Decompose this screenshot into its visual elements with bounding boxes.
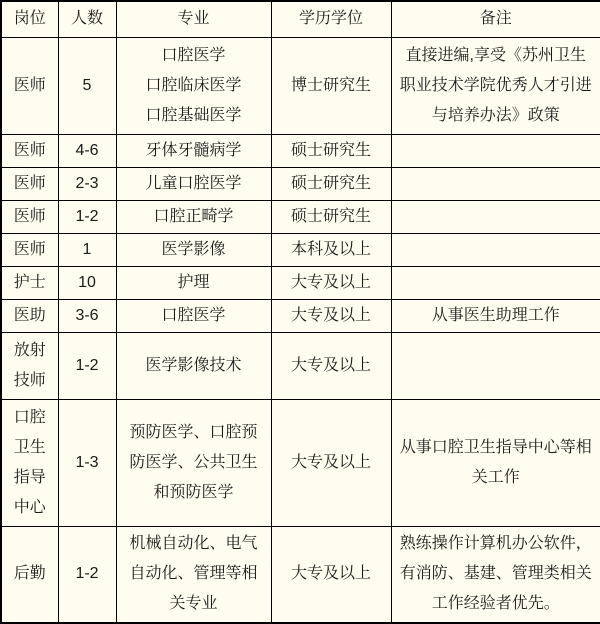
cell-position: 护士	[1, 266, 58, 299]
cell-note	[391, 167, 600, 200]
cell-position: 口腔 卫生 指导 中心	[1, 399, 58, 526]
cell-position: 医师	[1, 134, 58, 167]
cell-degree: 硕士研究生	[271, 134, 391, 167]
column-header-position: 岗位	[1, 1, 58, 37]
cell-degree: 大专及以上	[271, 266, 391, 299]
table-row: 医师 5 口腔医学 口腔临床医学 口腔基础医学 博士研究生 直接进编,享受《苏州…	[1, 37, 600, 134]
cell-note: 从事医生助理工作	[391, 299, 600, 332]
table-row: 后勤 1-2 机械自动化、电气 自动化、管理等相 关专业 大专及以上 熟练操作计…	[1, 526, 600, 623]
table-row: 医师 1 医学影像 本科及以上	[1, 233, 600, 266]
table-row: 医师 4-6 牙体牙髓病学 硕士研究生	[1, 134, 600, 167]
cell-degree: 大专及以上	[271, 526, 391, 623]
cell-major: 口腔医学	[116, 299, 271, 332]
cell-count: 1-2	[58, 526, 116, 623]
cell-major: 儿童口腔医学	[116, 167, 271, 200]
cell-note: 熟练操作计算机办公软件， 有消防、基建、管理类相关 工作经验者优先。	[391, 526, 600, 623]
cell-note	[391, 332, 600, 399]
cell-count: 1-2	[58, 200, 116, 233]
recruitment-table: 岗位 人数 专业 学历学位 备注 医师 5 口腔医学 口腔临床医学 口腔基础医学…	[0, 0, 600, 624]
cell-major: 护理	[116, 266, 271, 299]
cell-major: 口腔医学 口腔临床医学 口腔基础医学	[116, 37, 271, 134]
cell-count: 5	[58, 37, 116, 134]
cell-count: 1-2	[58, 332, 116, 399]
table-row: 医师 1-2 口腔正畸学 硕士研究生	[1, 200, 600, 233]
cell-degree: 大专及以上	[271, 399, 391, 526]
cell-note	[391, 266, 600, 299]
cell-degree: 硕士研究生	[271, 200, 391, 233]
cell-note: 从事口腔卫生指导中心等相 关工作	[391, 399, 600, 526]
cell-major: 机械自动化、电气 自动化、管理等相 关专业	[116, 526, 271, 623]
table-row: 口腔 卫生 指导 中心 1-3 预防医学、口腔预 防医学、公共卫生 和预防医学 …	[1, 399, 600, 526]
header-row: 岗位 人数 专业 学历学位 备注	[1, 1, 600, 37]
cell-position: 医师	[1, 167, 58, 200]
cell-major: 口腔正畸学	[116, 200, 271, 233]
table-row: 护士 10 护理 大专及以上	[1, 266, 600, 299]
cell-major: 牙体牙髓病学	[116, 134, 271, 167]
cell-position: 医师	[1, 233, 58, 266]
cell-major: 医学影像	[116, 233, 271, 266]
cell-note	[391, 233, 600, 266]
column-header-note: 备注	[391, 1, 600, 37]
cell-position: 医助	[1, 299, 58, 332]
cell-degree: 大专及以上	[271, 332, 391, 399]
cell-degree: 硕士研究生	[271, 167, 391, 200]
cell-major: 预防医学、口腔预 防医学、公共卫生 和预防医学	[116, 399, 271, 526]
cell-degree: 本科及以上	[271, 233, 391, 266]
table-row: 放射 技师 1-2 医学影像技术 大专及以上	[1, 332, 600, 399]
cell-count: 3-6	[58, 299, 116, 332]
cell-count: 10	[58, 266, 116, 299]
cell-count: 4-6	[58, 134, 116, 167]
cell-position: 医师	[1, 200, 58, 233]
cell-position: 放射 技师	[1, 332, 58, 399]
cell-degree: 博士研究生	[271, 37, 391, 134]
column-header-count: 人数	[58, 1, 116, 37]
cell-degree: 大专及以上	[271, 299, 391, 332]
cell-note	[391, 134, 600, 167]
cell-note	[391, 200, 600, 233]
cell-note: 直接进编,享受《苏州卫生 职业技术学院优秀人才引进 与培养办法》政策	[391, 37, 600, 134]
cell-major: 医学影像技术	[116, 332, 271, 399]
column-header-degree: 学历学位	[271, 1, 391, 37]
table-row: 医助 3-6 口腔医学 大专及以上 从事医生助理工作	[1, 299, 600, 332]
column-header-major: 专业	[116, 1, 271, 37]
cell-position: 后勤	[1, 526, 58, 623]
cell-count: 1	[58, 233, 116, 266]
cell-count: 1-3	[58, 399, 116, 526]
cell-position: 医师	[1, 37, 58, 134]
table-row: 医师 2-3 儿童口腔医学 硕士研究生	[1, 167, 600, 200]
cell-count: 2-3	[58, 167, 116, 200]
